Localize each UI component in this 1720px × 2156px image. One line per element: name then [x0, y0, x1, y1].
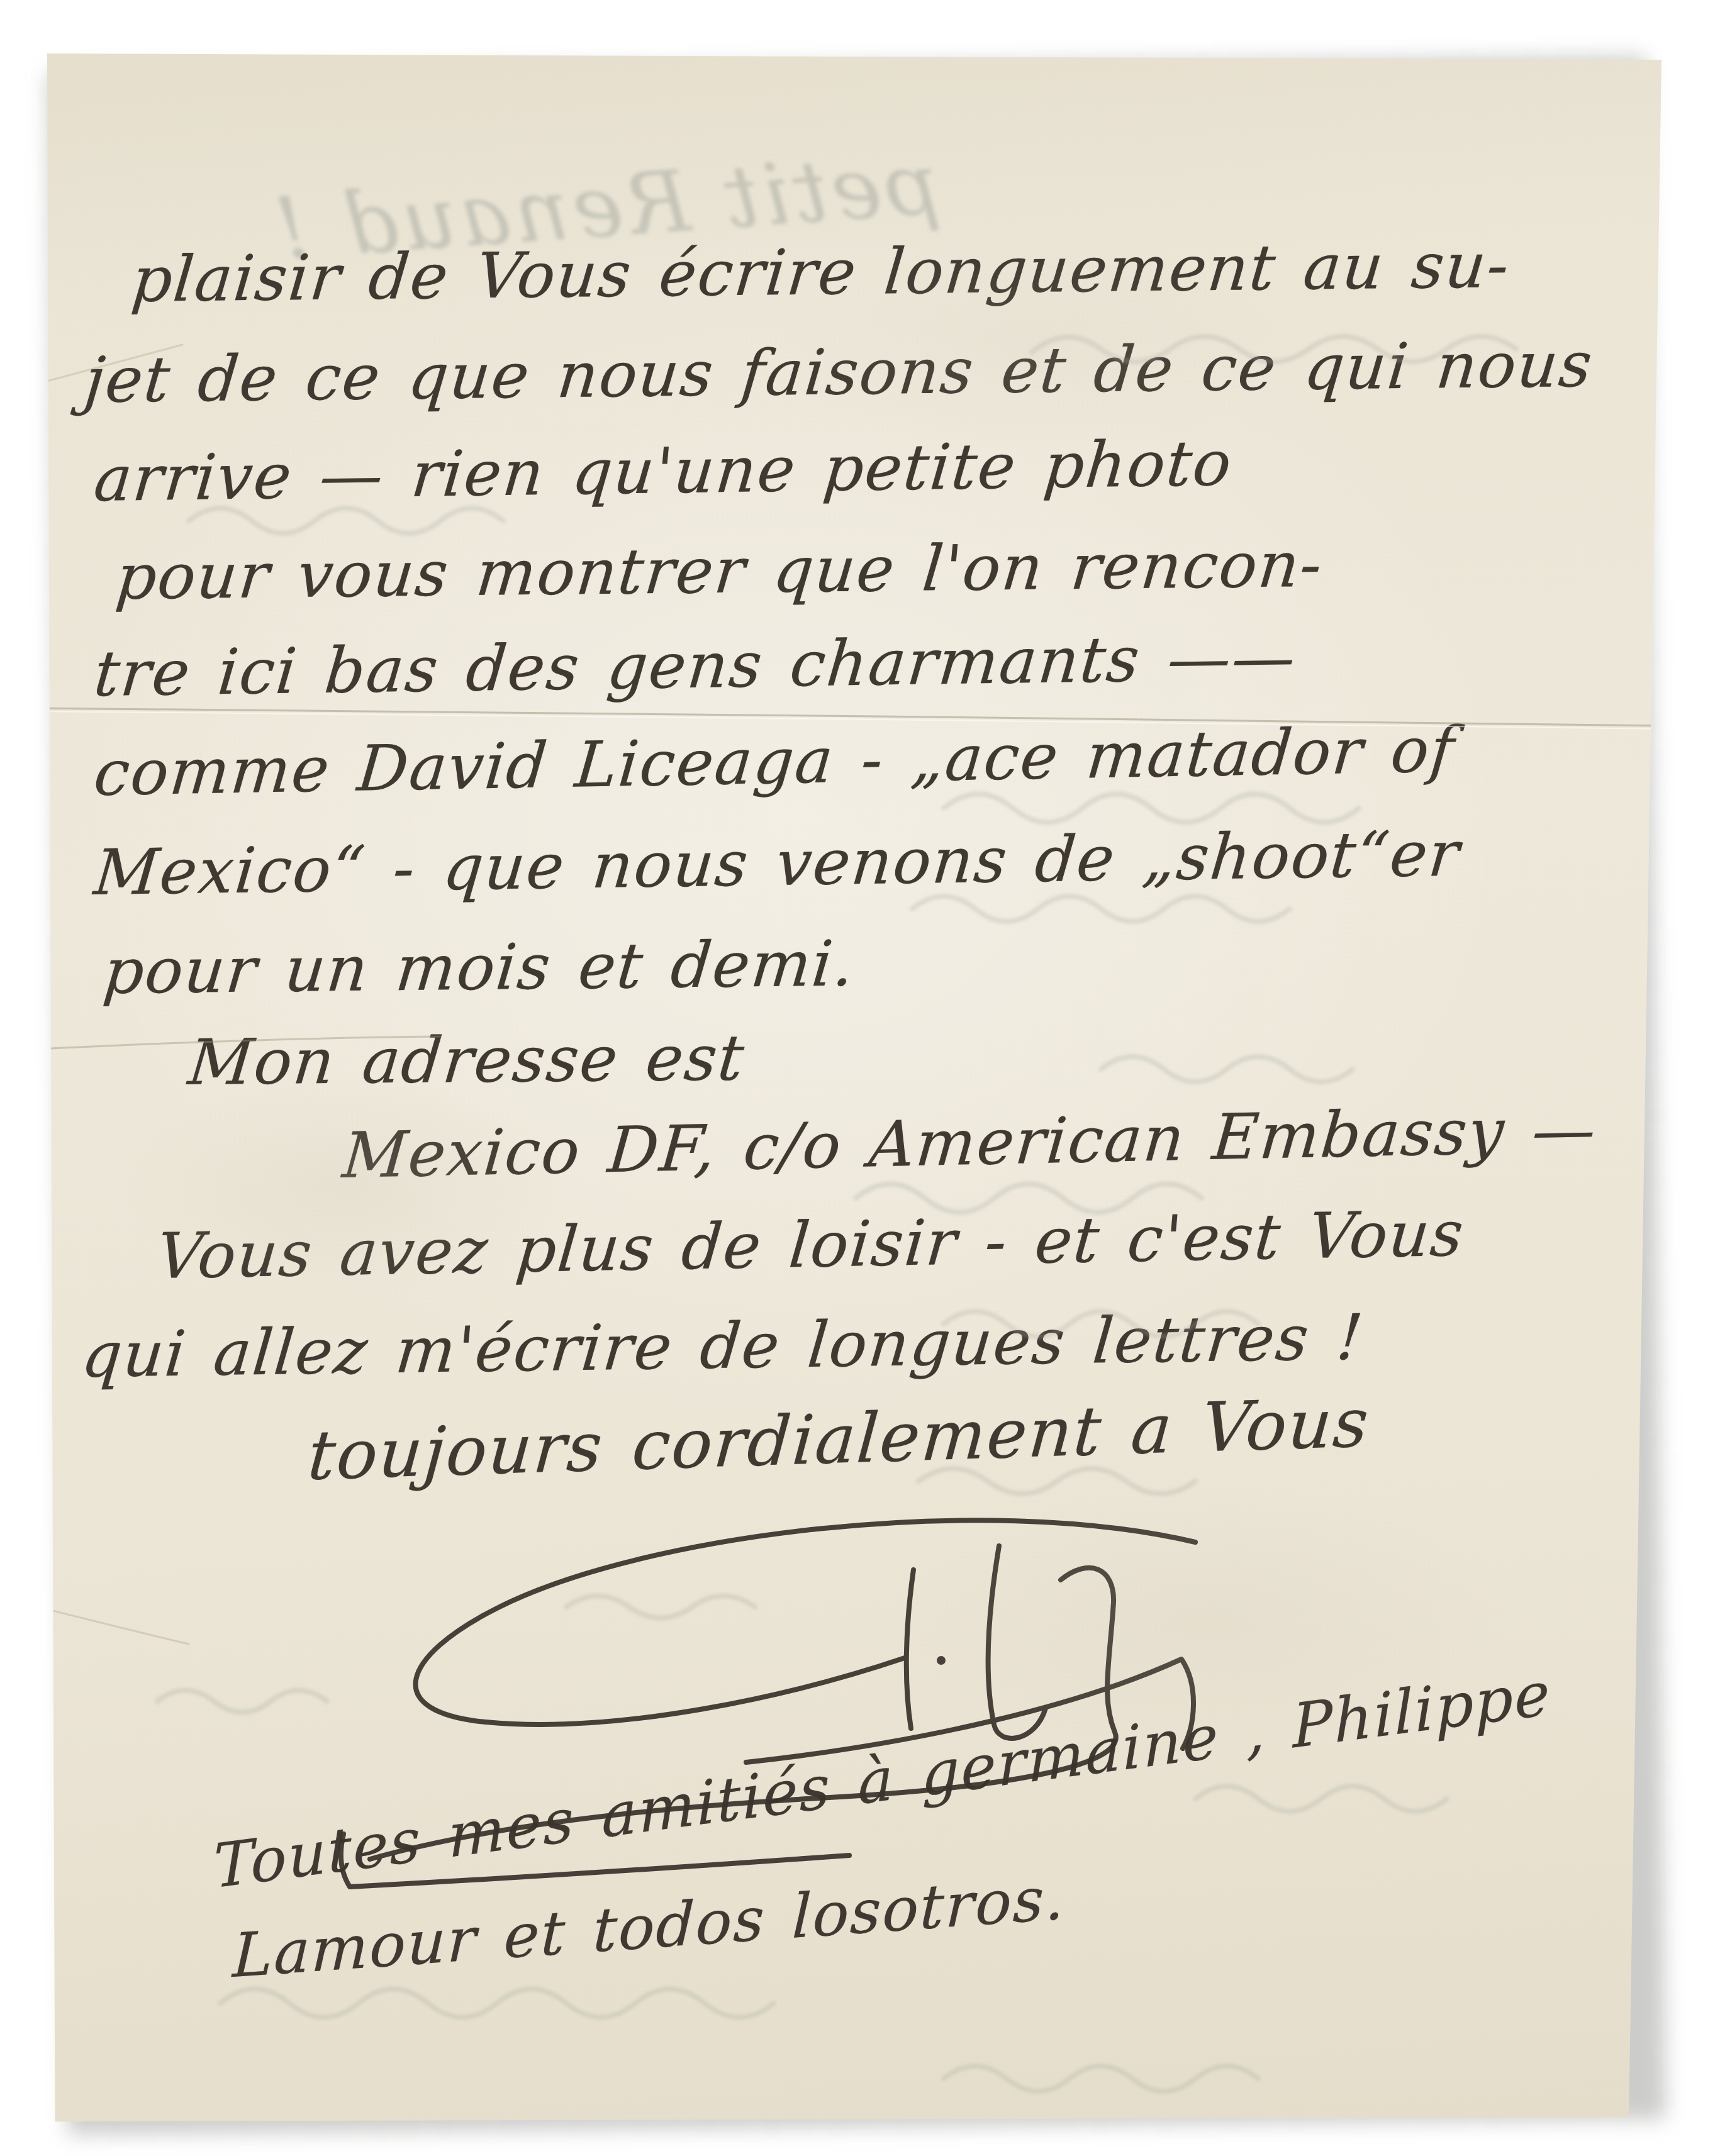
bleedthrough-squiggle — [220, 1989, 774, 2018]
bleedthrough-squiggle — [912, 896, 1290, 921]
bleedthrough-squiggles — [157, 336, 1516, 2091]
crease-line — [39, 711, 1662, 729]
bleedthrough-squiggle — [566, 1596, 755, 1618]
bleedthrough-squiggle — [944, 2066, 1258, 2091]
letter-line: Mexico DF, c/o American Embassy — — [340, 1098, 1599, 1187]
letter-line: Vous avez plus de loisir - et c'est Vous — [155, 1203, 1467, 1288]
paper-marks — [0, 0, 1720, 2156]
letter-closing-line: toujours cordialement a Vous — [306, 1389, 1372, 1491]
bleedthrough-squiggle — [944, 794, 1359, 823]
bleedthrough-squiggle — [856, 1184, 1202, 1213]
crease-line — [39, 708, 1662, 726]
bleedthrough-squiggle — [1032, 336, 1516, 362]
postscript-line: Toutes mes amitiés à germaine , Philippe — [213, 1663, 1552, 1898]
bleedthrough-text: petit Renaud ! — [268, 134, 943, 279]
letter-line: tre ici bas des gens charmants —— — [91, 626, 1298, 706]
letter-line: comme David Liceaga - „ace matador of — [92, 718, 1458, 805]
letter-line: qui allez m'écrire de longues lettres ! — [79, 1306, 1366, 1387]
letter-line: pour un mois et demi. — [101, 932, 857, 1003]
bleedthrough-squiggle — [1195, 1786, 1447, 1811]
letter-line: arrive — rien qu'une petite photo — [91, 432, 1235, 511]
letter-line: Mon adresse est — [186, 1026, 747, 1094]
bleedthrough-squiggle — [157, 1691, 327, 1713]
bleedthrough-squiggle — [1101, 1057, 1353, 1082]
crease-line — [50, 1610, 189, 1644]
bleedthrough-squiggle — [189, 508, 503, 533]
letter-line: plaisir de Vous écrire longuement au su- — [129, 234, 1512, 311]
crease-line — [39, 1036, 440, 1049]
bleedthrough-squiggle — [919, 1469, 1195, 1494]
bleedthrough-squiggle — [944, 1311, 1258, 1336]
postscript-line: Lamour et todos losotros. — [232, 1867, 1066, 1986]
letter-line: pour vous montrer que l'on rencon- — [113, 533, 1326, 609]
letter-paper: petit Renaud ! plaisir de Vous écrire lo… — [0, 0, 1720, 2156]
crease-line — [38, 345, 182, 384]
letter-line: Mexico“ - que nous venons de „shoot“er — [91, 823, 1463, 904]
letter-photo: petit Renaud ! plaisir de Vous écrire lo… — [0, 0, 1720, 2156]
signature-flourish — [341, 1520, 1195, 1887]
letter-line: jet de ce que nous faisons et de ce qui … — [82, 333, 1595, 412]
crease-lines — [38, 345, 1662, 1644]
